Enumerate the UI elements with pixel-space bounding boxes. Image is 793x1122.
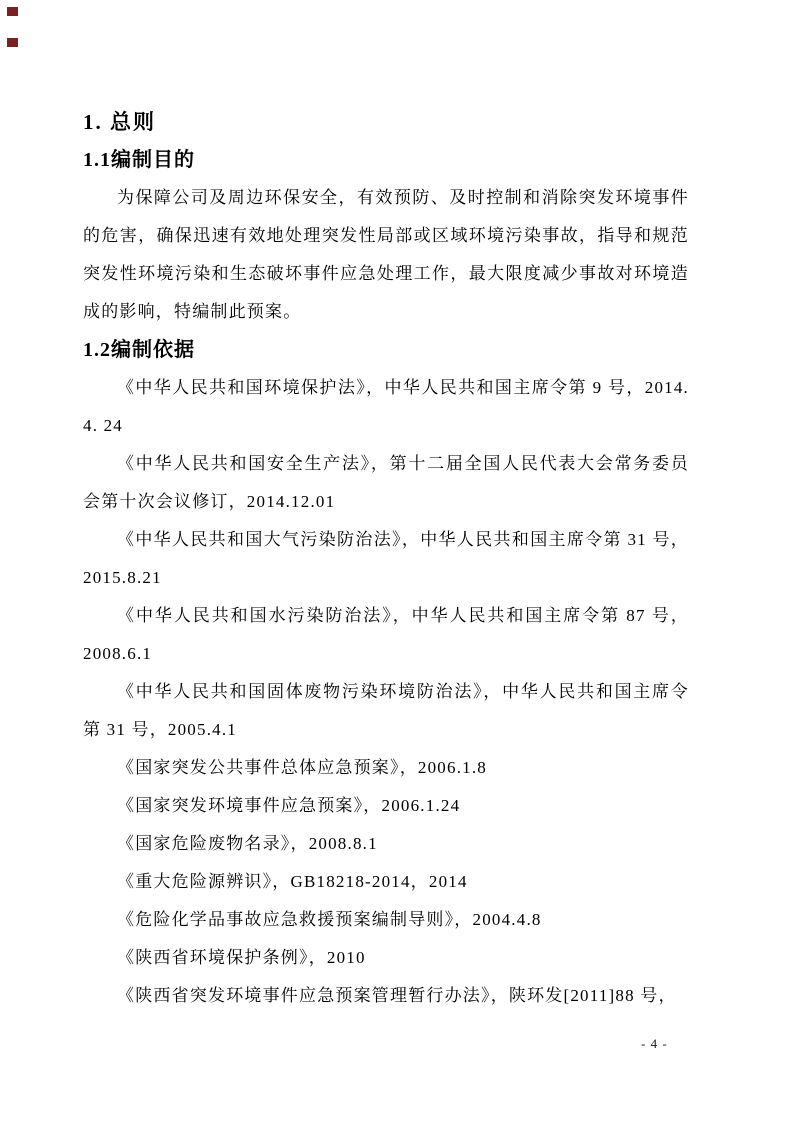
document-content: 1. 总则 1.1编制目的 为保障公司及周边环保安全，有效预防、及时控制和消除突… xyxy=(83,103,689,1015)
purpose-paragraph: 为保障公司及周边环保安全，有效预防、及时控制和消除突发环境事件的危害，确保迅速有… xyxy=(83,179,689,331)
reference-item: 《中华人民共和国水污染防治法》，中华人民共和国主席令第 87 号，2008.6.… xyxy=(83,597,689,673)
reference-item: 《重大危险源辨识》，GB18218-2014，2014 xyxy=(83,863,689,901)
reference-item: 《中华人民共和国大气污染防治法》，中华人民共和国主席令第 31 号，2015.8… xyxy=(83,521,689,597)
reference-item: 《国家突发环境事件应急预案》，2006.1.24 xyxy=(83,787,689,825)
section-heading-basis: 1.2编制依据 xyxy=(83,331,689,369)
reference-item: 《中华人民共和国环境保护法》，中华人民共和国主席令第 9 号，2014. 4. … xyxy=(83,369,689,445)
section-heading-purpose: 1.1编制目的 xyxy=(83,141,689,179)
reference-item: 《中华人民共和国安全生产法》，第十二届全国人民代表大会常务委员会第十次会议修订，… xyxy=(83,445,689,521)
reference-item: 《国家危险废物名录》，2008.8.1 xyxy=(83,825,689,863)
corner-mark-top xyxy=(7,7,18,16)
reference-item: 《国家突发公共事件总体应急预案》，2006.1.8 xyxy=(83,749,689,787)
chapter-heading: 1. 总则 xyxy=(83,103,689,141)
reference-item: 《中华人民共和国固体废物污染环境防治法》，中华人民共和国主席令第 31 号，20… xyxy=(83,673,689,749)
reference-item: 《危险化学品事故应急救援预案编制导则》，2004.4.8 xyxy=(83,901,689,939)
page-number: - 4 - xyxy=(641,1036,668,1052)
document-page: 1. 总则 1.1编制目的 为保障公司及周边环保安全，有效预防、及时控制和消除突… xyxy=(0,0,793,1122)
reference-item: 《陕西省突发环境事件应急预案管理暂行办法》，陕环发[2011]88 号， xyxy=(83,977,689,1015)
corner-mark-bottom xyxy=(7,38,18,47)
reference-item: 《陕西省环境保护条例》，2010 xyxy=(83,939,689,977)
